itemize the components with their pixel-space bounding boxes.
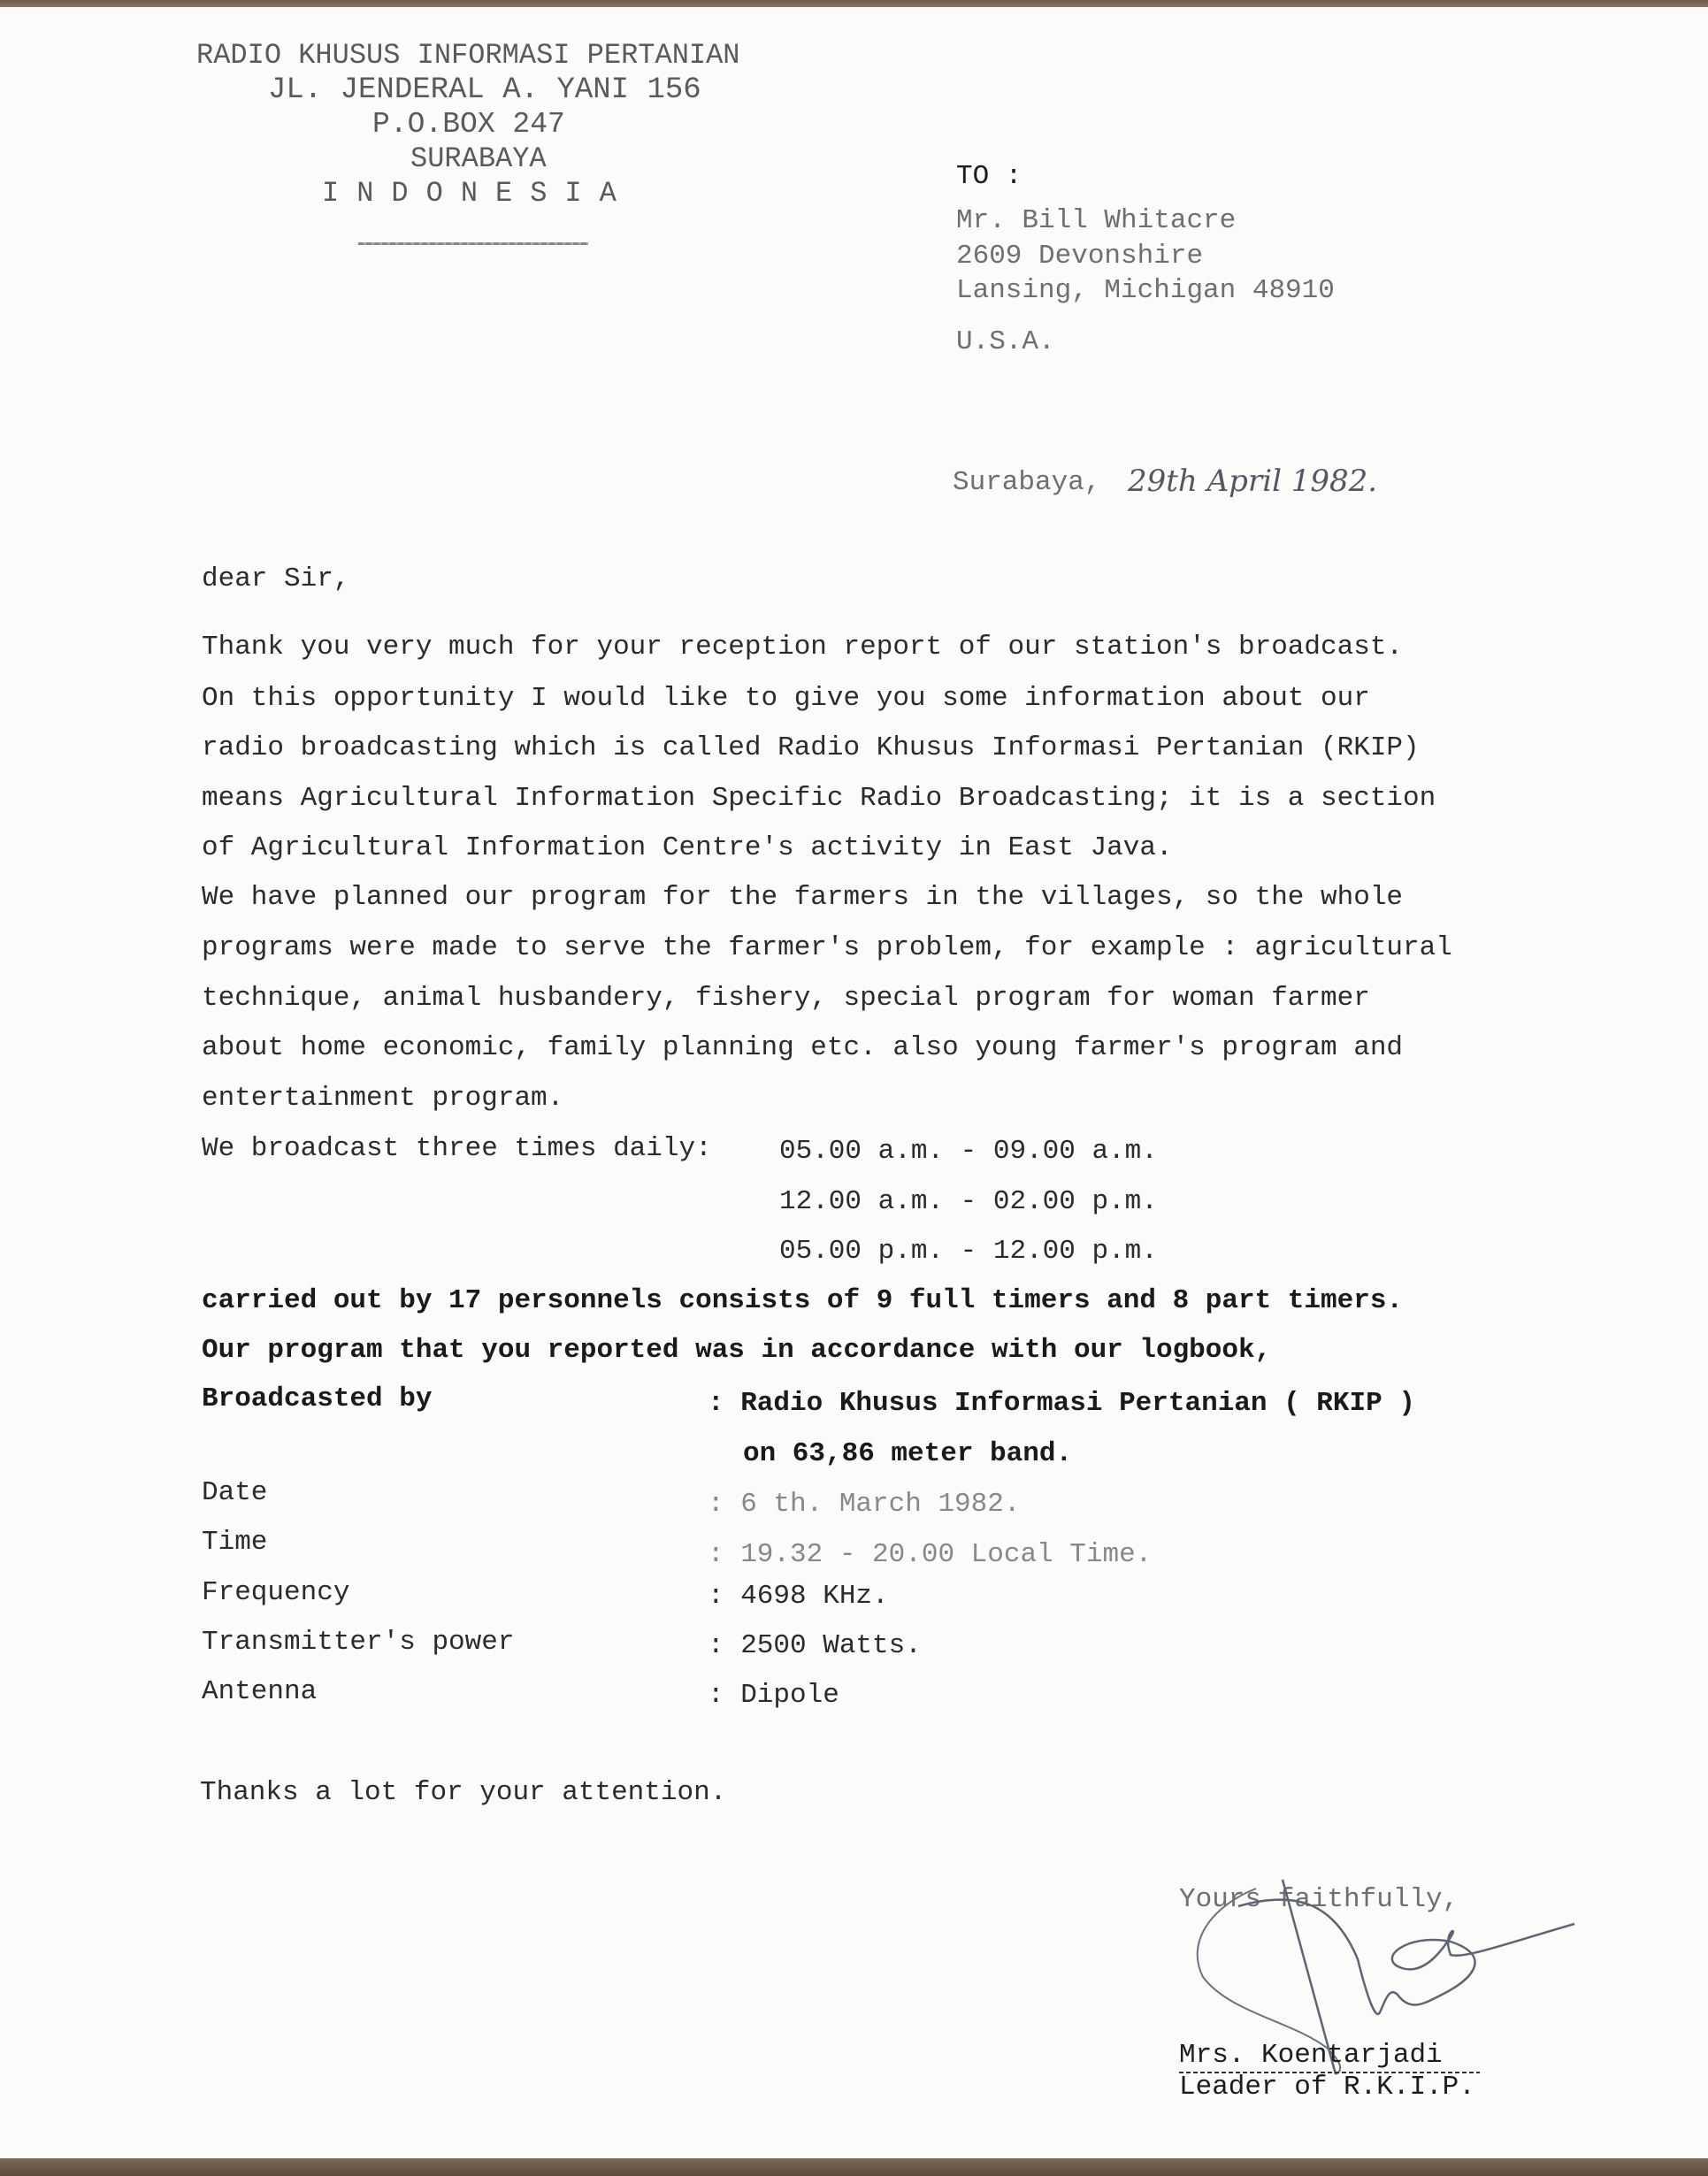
body-line: means Agricultural Information Specific … xyxy=(202,783,1436,815)
dateline-place: Surabaya, xyxy=(953,467,1100,499)
body-line: Thank you very much for your reception r… xyxy=(202,632,1403,663)
detail-value-frequency: : 4698 KHz. xyxy=(708,1581,889,1613)
letterhead-po-box: P.O.BOX 247 xyxy=(372,109,565,141)
detail-value-time: : 19.32 - 20.00 Local Time. xyxy=(708,1539,1152,1571)
schedule-slot: 05.00 a.m. - 09.00 a.m. xyxy=(779,1136,1158,1168)
detail-value-antenna: : Dipole xyxy=(708,1680,839,1712)
schedule-slot: 05.00 p.m. - 12.00 p.m. xyxy=(779,1236,1158,1268)
detail-value-power: : 2500 Watts. xyxy=(708,1630,922,1662)
body-line: We have planned our program for the farm… xyxy=(202,882,1403,914)
paper-top-edge xyxy=(0,0,1708,7)
staff-line: carried out by 17 personnels consists of… xyxy=(202,1285,1403,1317)
recipient-name: Mr. Bill Whitacre xyxy=(956,205,1236,237)
letterhead-country: INDONESIA xyxy=(322,178,634,210)
body-line: On this opportunity I would like to give… xyxy=(202,683,1370,715)
schedule-slot: 12.00 a.m. - 02.00 p.m. xyxy=(779,1186,1158,1218)
recipient-street: 2609 Devonshire xyxy=(956,241,1203,272)
recipient-label: TO : xyxy=(956,161,1022,193)
detail-label-broadcasted-by: Broadcasted by xyxy=(202,1383,432,1415)
detail-label-frequency: Frequency xyxy=(202,1577,349,1609)
detail-label-antenna: Antenna xyxy=(202,1676,317,1708)
schedule-intro: We broadcast three times daily: xyxy=(202,1133,712,1165)
letterhead-divider xyxy=(358,242,588,245)
detail-label-power: Transmitter's power xyxy=(202,1627,514,1659)
detail-label-date: Date xyxy=(202,1477,267,1509)
body-line: entertainment program. xyxy=(202,1083,563,1115)
letterhead-org-name: RADIO KHUSUS INFORMASI PERTANIAN xyxy=(196,40,740,72)
body-line: programs were made to serve the farmer's… xyxy=(202,932,1452,964)
recipient-country: U.S.A. xyxy=(956,326,1055,358)
detail-value-broadcasted-by: : Radio Khusus Informasi Pertanian ( RKI… xyxy=(708,1388,1415,1420)
body-line: technique, animal husbandery, fishery, s… xyxy=(202,983,1370,1015)
detail-label-time: Time xyxy=(202,1527,267,1559)
closing-thanks: Thanks a lot for your attention. xyxy=(200,1777,726,1809)
paper-bottom-edge xyxy=(0,2158,1708,2176)
letterhead-street: JL. JENDERAL A. YANI 156 xyxy=(268,74,701,106)
body-line: radio broadcasting which is called Radio… xyxy=(202,732,1420,764)
body-line: of Agricultural Information Centre's act… xyxy=(202,832,1173,864)
signer-title: Leader of R.K.I.P. xyxy=(1179,2072,1475,2103)
detail-value-band: on 63,86 meter band. xyxy=(743,1438,1072,1470)
letterhead-city: SURABAYA xyxy=(410,143,547,175)
salutation: dear Sir, xyxy=(202,563,349,595)
detail-value-date: : 6 th. March 1982. xyxy=(708,1489,1020,1521)
signer-name: Mrs. Koentarjadi xyxy=(1179,2040,1443,2072)
handwritten-date: 29th April 1982. xyxy=(1128,464,1377,499)
recipient-city: Lansing, Michigan 48910 xyxy=(956,275,1335,307)
body-line: about home economic, family planning etc… xyxy=(202,1032,1403,1064)
logbook-line: Our program that you reported was in acc… xyxy=(202,1335,1271,1367)
